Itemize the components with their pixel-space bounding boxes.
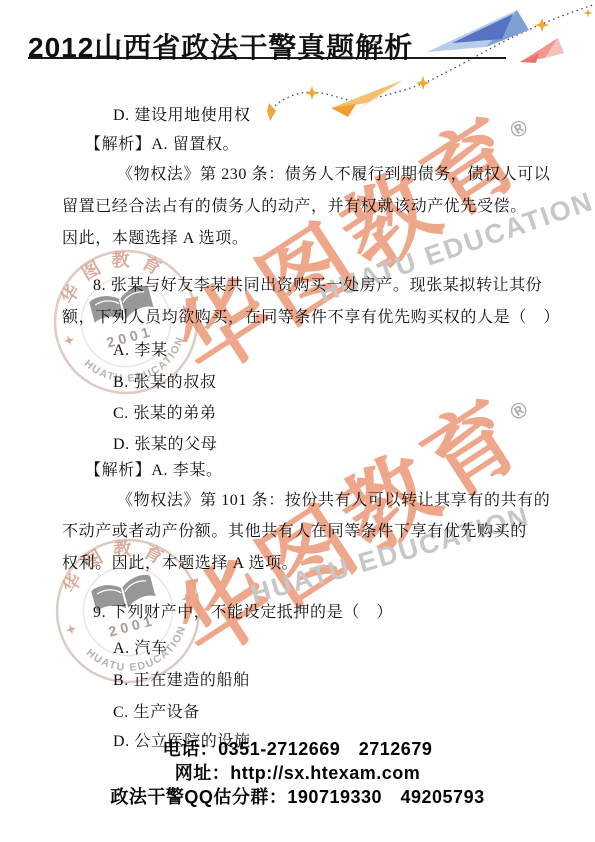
- text-line: 额，下列人员均欲购买，在同等条件不享有优先购买权的人是（ ）: [62, 304, 560, 327]
- kite-icon: [267, 103, 276, 121]
- text-line: 8. 张某与好友李某共同出资购买一处房产。现张某拟转让其份: [93, 272, 542, 295]
- site-url: http://sx.htexam.com: [230, 763, 420, 783]
- text-line: C. 生产设备: [113, 699, 200, 722]
- text-line: A. 汽车: [113, 635, 168, 658]
- star-icon: [63, 334, 75, 346]
- text-line: B. 张某的叔叔: [113, 369, 216, 392]
- text-line: C. 张某的弟弟: [113, 400, 216, 423]
- text-line: 9. 下列财产中，不能设定抵押的是（ ）: [93, 599, 393, 622]
- paper-airplane-blue-icon: [427, 10, 529, 52]
- star-icon: [416, 76, 430, 90]
- footer-qq: 政法干警QQ估分群：190719330 49205793: [0, 783, 595, 809]
- site-label: 网址：: [175, 763, 231, 783]
- phone-numbers: 0351-2712669 2712679: [218, 739, 432, 759]
- text-line: 《物权法》第 101 条：按份共有人可以转让其享有的共有的: [117, 487, 550, 510]
- footer-phone: 电话：0351-2712669 2712679: [0, 735, 595, 761]
- star-icon: [535, 18, 549, 32]
- text-line: 不动产或者动产份额。其他共有人在同等条件下享有优先购买的: [62, 518, 527, 541]
- qq-numbers: 190719330 49205793: [287, 787, 484, 807]
- text-line: 权利。因此，本题选择 A 选项。: [62, 550, 298, 573]
- star-icon: [305, 86, 319, 100]
- paper-airplane-pink-icon: [520, 38, 564, 63]
- text-line: 留置已经合法占有的债务人的动产，并有权就该动产优先受偿。: [62, 193, 527, 216]
- text-line: 【解析】A. 留置权。: [85, 131, 239, 154]
- star-icon: [584, 9, 592, 17]
- document-page: 2012山西省政法干警真题解析: [0, 0, 595, 842]
- text-line: D. 建设用地使用权: [113, 102, 251, 125]
- text-line: A. 李某: [113, 337, 168, 360]
- page-title: 2012山西省政法干警真题解析: [28, 26, 413, 66]
- qq-label: 政法干警QQ估分群：: [110, 787, 287, 807]
- phone-label: 电话：: [163, 739, 219, 759]
- text-line: 因此，本题选择 A 选项。: [62, 225, 248, 248]
- text-line: D. 张某的父母: [113, 431, 217, 454]
- star-icon: [65, 623, 77, 635]
- text-line: 《物权法》第 230 条：债务人不履行到期债务，债权人可以: [117, 161, 550, 184]
- text-line: 【解析】A. 李某。: [85, 457, 223, 480]
- text-line: B. 正在建造的船舶: [113, 667, 250, 690]
- footer-site: 网址：http://sx.htexam.com: [0, 759, 595, 785]
